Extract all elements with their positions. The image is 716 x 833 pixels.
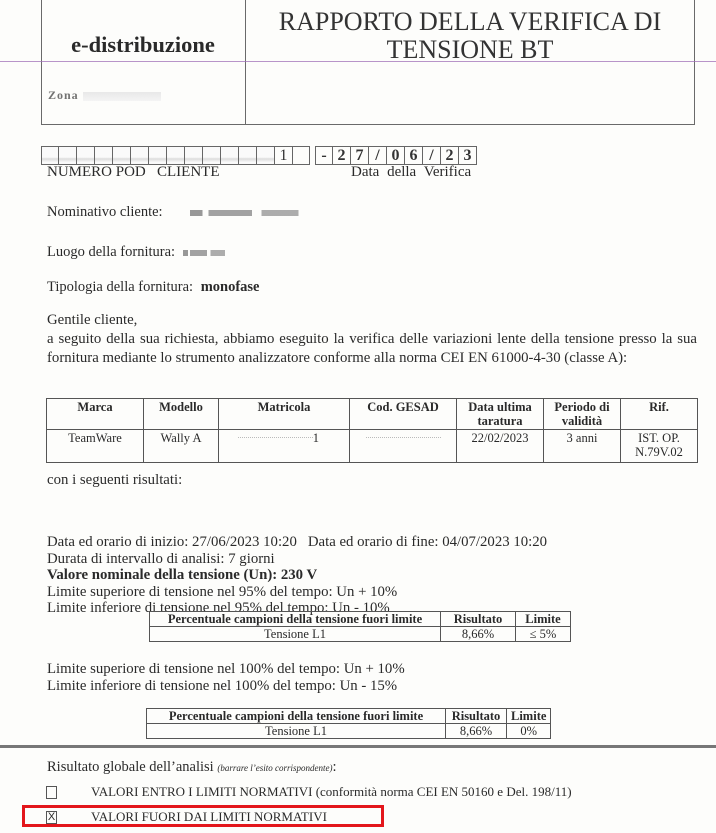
intro-body: a seguito della sua richiesta, abbiamo e…	[47, 330, 697, 368]
cell-periodo-validita: 3 anni	[544, 430, 621, 463]
analysis-dates: Data ed orario di inizio: 27/06/2023 10:…	[47, 534, 547, 551]
col-risultato: Risultato	[446, 709, 507, 724]
upper-limit-100: Limite superiore di tensione nel 100% de…	[47, 661, 405, 678]
pod-digit	[257, 146, 275, 165]
results-intro: con i seguenti risultati:	[47, 472, 182, 489]
pod-digit	[185, 146, 203, 165]
table-header-row: Percentuale campioni della tensione fuor…	[147, 709, 551, 724]
analysis-duration: Durata di intervallo di analisi: 7 giorn…	[47, 551, 547, 568]
end-datetime: Data ed orario di fine: 04/07/2023 10:20	[308, 534, 547, 550]
col-percentuale: Percentuale campioni della tensione fuor…	[150, 612, 441, 627]
table-row: Tensione L1 8,66% ≤ 5%	[150, 627, 571, 642]
col-data-taratura: Data ultima taratura	[457, 399, 544, 430]
redacted-gesad	[366, 437, 441, 441]
checkbox-within-limits[interactable]	[46, 786, 57, 799]
date-separator: -	[315, 146, 333, 165]
section-divider	[0, 745, 716, 748]
date-digit: 0	[387, 146, 405, 165]
pod-label: NUMERO POD CLIENTE	[47, 164, 220, 181]
pod-digit	[221, 146, 239, 165]
results-block-100: Limite superiore di tensione nel 100% de…	[47, 661, 405, 694]
col-modello: Modello	[144, 399, 219, 430]
results-table-100: Percentuale campioni della tensione fuor…	[146, 708, 551, 739]
scan-artifact-line	[0, 61, 716, 62]
instrument-table: Marca Modello Matricola Cod. GESAD Data …	[46, 398, 698, 463]
global-result-heading: Risultato globale dell’analisi (barrare …	[47, 759, 337, 776]
supply-place-row: Luogo della fornitura:	[47, 244, 243, 261]
pod-code-boxes: 1	[41, 146, 310, 165]
pod-digit	[167, 146, 185, 165]
colon: :	[333, 759, 337, 775]
col-periodo-validita: Periodo di validità	[544, 399, 621, 430]
redacted-supply-place	[183, 250, 243, 256]
title-line-2: TENSIONE BT	[245, 36, 695, 64]
zona-label: Zona	[48, 88, 238, 103]
cell-risultato: 8,66%	[446, 724, 507, 739]
date-digit: 7	[351, 146, 369, 165]
option-within-limits[interactable]: VALORI ENTRO I LIMITI NORMATIVI (conform…	[46, 784, 572, 800]
redacted-serial	[238, 437, 313, 441]
option-within-limits-label: VALORI ENTRO I LIMITI NORMATIVI (conform…	[91, 784, 572, 800]
nominal-voltage: Valore nominale della tensione (Un): 230…	[47, 567, 547, 584]
cell-tensione: Tensione L1	[147, 724, 446, 739]
client-name-row: Nominativo cliente:	[47, 204, 345, 221]
cell-limite: ≤ 5%	[516, 627, 571, 642]
col-percentuale: Percentuale campioni della tensione fuor…	[147, 709, 446, 724]
supply-type-value: monofase	[201, 279, 260, 295]
document-title: RAPPORTO DELLA VERIFICA DI TENSIONE BT	[245, 8, 695, 64]
title-line-1: RAPPORTO DELLA VERIFICA DI	[245, 8, 695, 36]
redacted-client-name	[190, 210, 345, 216]
date-digit: 6	[405, 146, 423, 165]
table-row: TeamWare Wally A 1 22/02/2023 3 anni IST…	[47, 430, 698, 463]
zona-text: Zona	[48, 88, 79, 102]
col-limite: Limite	[507, 709, 551, 724]
col-limite: Limite	[516, 612, 571, 627]
date-digit: 3	[459, 146, 477, 165]
pod-digit: 1	[275, 146, 293, 165]
col-matricola: Matricola	[219, 399, 350, 430]
supply-type-row: Tipologia della fornitura: monofase	[47, 279, 260, 296]
global-result-hint: (barrare l’esito corrispondente)	[217, 763, 332, 773]
pod-digit	[59, 146, 77, 165]
date-digit: /	[369, 146, 387, 165]
pod-digit	[95, 146, 113, 165]
intro-paragraph: Gentile cliente, a seguito della sua ric…	[47, 311, 697, 368]
date-digit: /	[423, 146, 441, 165]
brand-logo-text: e-distribuzione	[41, 32, 245, 58]
cell-matricola: 1	[219, 430, 350, 463]
col-cod-gesad: Cod. GESAD	[350, 399, 457, 430]
redacted-zone	[83, 92, 161, 101]
verification-date-boxes: - 2 7 / 0 6 / 2 3	[315, 146, 477, 165]
cell-data-taratura: 22/02/2023	[457, 430, 544, 463]
lower-limit-100: Limite inferiore di tensione nel 100% de…	[47, 678, 405, 695]
supply-place-label: Luogo della fornitura:	[47, 244, 175, 260]
col-rif: Rif.	[621, 399, 698, 430]
start-datetime: Data ed orario di inizio: 27/06/2023 10:…	[47, 534, 297, 550]
client-name-label: Nominativo cliente:	[47, 204, 163, 220]
results-table-95: Percentuale campioni della tensione fuor…	[149, 611, 571, 642]
table-header-row: Percentuale campioni della tensione fuor…	[150, 612, 571, 627]
cell-cod-gesad	[350, 430, 457, 463]
cell-limite: 0%	[507, 724, 551, 739]
pod-digit	[203, 146, 221, 165]
cell-rif: IST. OP. N.79V.02	[621, 430, 698, 463]
serial-visible-digit: 1	[313, 431, 319, 445]
date-digit: 2	[441, 146, 459, 165]
pod-digit	[41, 146, 59, 165]
table-row: Tensione L1 8,66% 0%	[147, 724, 551, 739]
pod-digit	[113, 146, 131, 165]
cell-modello: Wally A	[144, 430, 219, 463]
col-marca: Marca	[47, 399, 144, 430]
table-header-row: Marca Modello Matricola Cod. GESAD Data …	[47, 399, 698, 430]
results-block: Data ed orario di inizio: 27/06/2023 10:…	[47, 534, 547, 617]
date-digit: 2	[333, 146, 351, 165]
supply-type-label: Tipologia della fornitura:	[47, 279, 193, 295]
cell-tensione: Tensione L1	[150, 627, 441, 642]
verification-date-label: Data della Verifica	[351, 164, 471, 181]
pod-digit	[149, 146, 167, 165]
pod-digit	[77, 146, 95, 165]
pod-digit	[293, 146, 310, 165]
col-risultato: Risultato	[441, 612, 516, 627]
pod-digit	[239, 146, 257, 165]
global-result-label: Risultato globale dell’analisi	[47, 759, 214, 775]
pod-digit	[131, 146, 149, 165]
cell-marca: TeamWare	[47, 430, 144, 463]
upper-limit-95: Limite superiore di tensione nel 95% del…	[47, 584, 547, 601]
cell-risultato: 8,66%	[441, 627, 516, 642]
highlight-annotation-box	[22, 805, 384, 827]
greeting: Gentile cliente,	[47, 311, 697, 330]
